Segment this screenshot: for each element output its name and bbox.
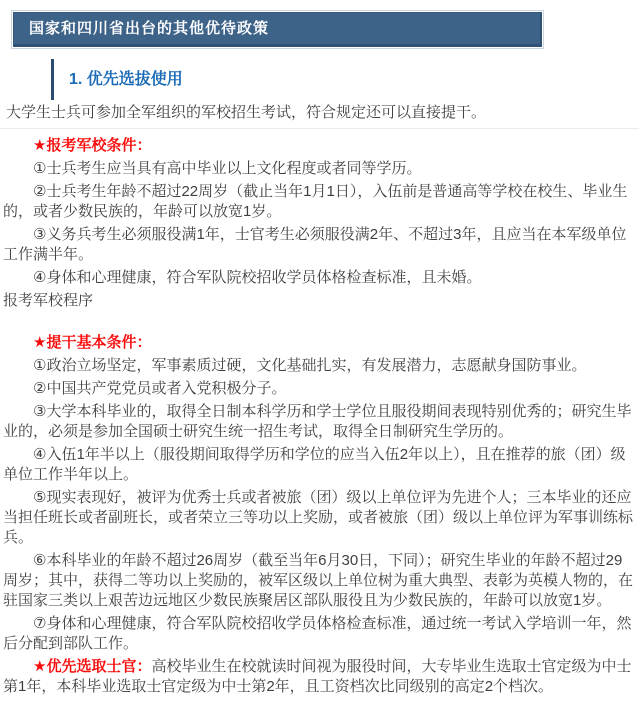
- academy-procedure-label: 报考军校程序: [3, 291, 635, 311]
- promotion-requirement-item-6: ⑥本科毕业的年龄不超过26周岁（截至当年6月30日，下同）；研究生毕业的年龄不超…: [3, 551, 635, 611]
- section-number-heading-label: 1. 优先选拔使用: [69, 71, 183, 88]
- academy-requirement-item-1: ①士兵考生应当具有高中毕业以上文化程度或者同等学历。: [3, 159, 635, 179]
- promotion-requirement-item-2: ②中国共产党党员或者入党积极分子。: [3, 379, 635, 399]
- promotion-requirement-item-5: ⑤现实表现好，被评为优秀士兵或者被旅（团）级以上单位评为先进个人；三本毕业的还应…: [3, 488, 635, 548]
- intro-paragraph: 大学生士兵可参加全军组织的军校招生考试，符合规定还可以直接提干。: [0, 103, 639, 123]
- page-title-bar: 国家和四川省出台的其他优待政策: [13, 12, 542, 47]
- promotion-requirement-item-4: ④入伍1年半以上（服役期间取得学历和学位的应当入伍2年以上），且在推荐的旅（团）…: [3, 445, 635, 485]
- promotion-requirements-heading: ★提干基本条件：: [3, 333, 635, 353]
- article-content: ★报考军校条件： ①士兵考生应当具有高中毕业以上文化程度或者同等学历。 ②士兵考…: [0, 129, 639, 697]
- academy-requirement-item-2: ②士兵考生年龄不超过22周岁（截止当年1月1日），入伍前是普通高等学校在校生、毕…: [3, 182, 635, 222]
- promotion-requirement-item-7: ⑦身体和心理健康，符合军队院校招收学员体格检查标准，通过统一考试入学培训一年，然…: [3, 614, 635, 654]
- page-title: 国家和四川省出台的其他优待政策: [29, 20, 269, 37]
- promotion-requirement-item-1: ①政治立场坚定，军事素质过硬，文化基础扎实，有发展潜力，志愿献身国防事业。: [3, 356, 635, 376]
- nco-selection-heading: ★优先选取士官：: [33, 658, 151, 675]
- academy-requirement-item-3: ③义务兵考生必须服役满1年，士官考生必须服役满2年、不超过3年，且应当在本军级单…: [3, 225, 635, 265]
- policy-article-page: 国家和四川省出台的其他优待政策 1. 优先选拔使用 大学生士兵可参加全军组织的军…: [0, 0, 639, 722]
- academy-requirement-item-4: ④身体和心理健康，符合军队院校招收学员体格检查标准，且未婚。: [3, 268, 635, 288]
- academy-requirements-heading: ★报考军校条件：: [3, 136, 635, 156]
- section-number-heading: 1. 优先选拔使用: [51, 59, 639, 100]
- promotion-requirement-item-3: ③大学本科毕业的，取得全日制本科学历和学士学位且服役期间表现特别优秀的；研究生毕…: [3, 402, 635, 442]
- nco-selection-paragraph: ★优先选取士官：高校毕业生在校就读时间视为服役时间，大专毕业生选取士官定级为中士…: [3, 657, 635, 697]
